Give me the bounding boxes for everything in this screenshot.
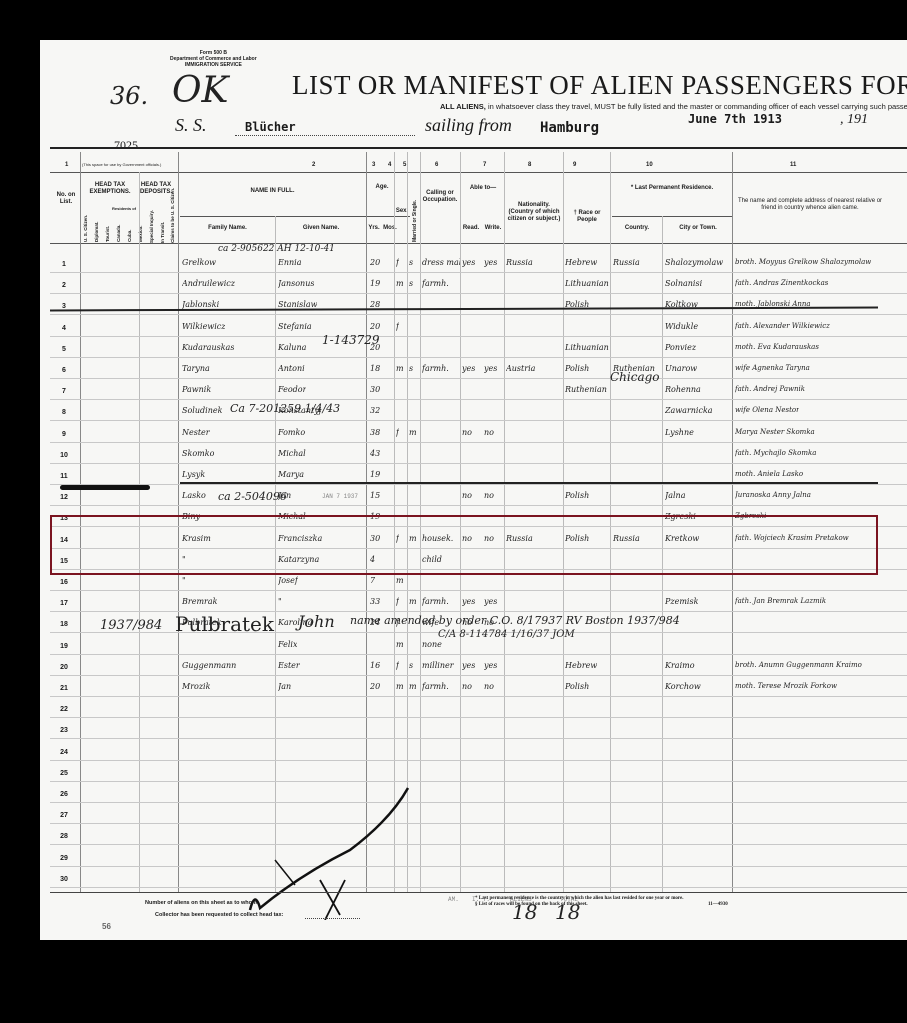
relative-cell: fath. Andrej Pawnik xyxy=(735,385,805,393)
relative-cell: wife Olena Nestor xyxy=(735,406,799,414)
gov-space-note: (This space for use by Government offici… xyxy=(82,162,161,167)
relative-cell: Juranoska Anny Jalna xyxy=(735,491,811,499)
relative-cell: fath. Alexander Wilkiewicz xyxy=(735,322,830,330)
header-yrs: Yrs. xyxy=(366,225,382,232)
row-divider xyxy=(50,781,907,782)
row-divider xyxy=(50,272,907,273)
sex-cell: m xyxy=(396,640,404,649)
row-number: 25 xyxy=(54,770,74,777)
city-cell: Solnanisi xyxy=(665,279,702,288)
form-code: 11—4930 xyxy=(708,902,728,908)
row-number: 23 xyxy=(54,727,74,734)
sex-cell: m xyxy=(396,279,404,288)
row-number: 19 xyxy=(54,643,74,650)
nationality-cell: Russia xyxy=(506,258,533,267)
city-cell: Pzemisk xyxy=(665,597,698,606)
annotation-amendment-note: name amended by order C.O. 8/17937 RV Bo… xyxy=(350,614,680,627)
header-cuba: Cuba. xyxy=(127,210,132,242)
race-cell: Lithuanian xyxy=(565,279,609,288)
write-cell: yes xyxy=(484,258,497,267)
occupation-cell: milliner xyxy=(422,661,454,670)
marital-cell: s xyxy=(409,364,413,373)
row-divider xyxy=(50,399,907,400)
departure-port: Hamburg xyxy=(540,120,599,136)
ship-name-line xyxy=(235,135,415,136)
city-cell: Korchow xyxy=(665,682,701,691)
header-relative: The name and complete address of nearest… xyxy=(735,198,885,212)
row-number: 21 xyxy=(54,685,74,692)
given-name-cell: " xyxy=(278,597,282,606)
family-name-cell: " xyxy=(182,576,186,585)
occupation-cell: farmh. xyxy=(422,364,449,373)
write-cell: no xyxy=(484,428,494,437)
ship-name: Blücher xyxy=(245,120,296,134)
head-tax-input-line xyxy=(305,918,360,919)
row-number: 26 xyxy=(54,791,74,798)
strike-line-row12 xyxy=(180,482,878,484)
read-cell: yes xyxy=(462,364,475,373)
header-write: Write. xyxy=(482,225,504,232)
col-number-7: 7 xyxy=(483,162,486,168)
row-number: 20 xyxy=(54,664,74,671)
race-cell: Hebrew xyxy=(565,661,597,670)
service-name: IMMIGRATION SERVICE xyxy=(170,62,257,68)
header-diplomat: Diplomat. xyxy=(94,210,99,242)
write-cell: no xyxy=(484,491,494,500)
given-name-cell: Ester xyxy=(278,661,300,670)
race-cell: Polish xyxy=(565,491,589,500)
marital-cell: m xyxy=(409,682,417,691)
row-divider xyxy=(50,866,907,867)
relative-cell: broth. Moyyus Grelkow Shalozymolaw xyxy=(735,258,871,266)
header-head-tax-exemptions: HEAD TAX EXEMPTIONS. xyxy=(82,182,138,196)
nationality-cell: Austria xyxy=(506,364,535,373)
row-number: 4 xyxy=(54,325,74,332)
row-number: 5 xyxy=(54,346,74,353)
family-name-cell: Skomko xyxy=(182,449,214,458)
col-number-3: 3 xyxy=(372,162,375,168)
row-divider xyxy=(50,738,907,739)
age-cell: 19 xyxy=(370,470,380,479)
city-cell: Zawarnicka xyxy=(665,406,713,415)
row-divider xyxy=(50,590,907,591)
row-number: 2 xyxy=(54,282,74,289)
ss-label: S. S. xyxy=(175,115,207,136)
race-cell: Ruthenian xyxy=(565,385,607,394)
col-number-2: 2 xyxy=(312,162,315,168)
col-number-5: 5 xyxy=(403,162,406,168)
occupation-cell: farmh. xyxy=(422,279,449,288)
given-name-cell: Michal xyxy=(278,449,306,458)
annotation-row5: 1-143729 xyxy=(322,333,380,347)
row-number: 6 xyxy=(54,367,74,374)
row-divider xyxy=(50,823,907,824)
age-cell: 7 xyxy=(370,576,375,585)
given-name-cell: Fomko xyxy=(278,428,305,437)
write-cell: yes xyxy=(484,597,497,606)
age-cell: 32 xyxy=(370,406,380,415)
highlighted-family-group xyxy=(50,515,878,575)
strike-line-row3 xyxy=(50,307,878,311)
sailing-from-label: sailing from xyxy=(425,115,512,136)
col-number-1: 1 xyxy=(65,162,68,168)
family-name-cell: Andruilewicz xyxy=(182,279,235,288)
city-cell: Lyshne xyxy=(665,428,694,437)
family-name-cell: Pawnik xyxy=(182,385,211,394)
col-number-8: 8 xyxy=(528,162,531,168)
header-tourist: Tourist. xyxy=(105,210,110,242)
row-number: 24 xyxy=(54,749,74,756)
family-name-cell: Lysyk xyxy=(182,470,205,479)
city-cell: Rohenna xyxy=(665,385,701,394)
row-divider xyxy=(50,463,907,464)
given-name-cell: Stefania xyxy=(278,322,312,331)
redaction-mark xyxy=(60,485,150,490)
header-rule xyxy=(50,147,907,149)
annotation-row13: ca 2-504096 xyxy=(218,490,287,503)
col-number-4: 4 xyxy=(388,162,391,168)
marital-cell: m xyxy=(409,428,417,437)
row-number: 9 xyxy=(54,431,74,438)
col-number-6: 6 xyxy=(435,162,438,168)
relative-cell: broth. Anumn Guggenmann Kraimo xyxy=(735,661,862,669)
occupation-cell: farmh. xyxy=(422,682,449,691)
row-divider xyxy=(50,293,907,294)
header-in-transit: In Transit. xyxy=(160,205,165,243)
row-divider xyxy=(50,696,907,697)
age-cell: 38 xyxy=(370,428,380,437)
row-divider xyxy=(50,484,907,485)
relative-cell: fath. Jan Bremrak Lazmik xyxy=(735,597,826,605)
city-cell: Kraimo xyxy=(665,661,695,670)
col-number-10: 10 xyxy=(646,162,653,168)
relative-cell: moth. Eva Kudarauskas xyxy=(735,343,819,351)
sex-cell: f xyxy=(396,428,399,437)
race-cell: Lithuanian xyxy=(565,343,609,352)
family-name-cell: Bremrak xyxy=(182,597,217,606)
row-divider xyxy=(50,336,907,337)
family-name-cell: Guggenmann xyxy=(182,661,236,670)
row-divider xyxy=(50,442,907,443)
row-divider xyxy=(50,675,907,676)
family-name-cell: Mrozik xyxy=(182,682,210,691)
country-cell: Russia xyxy=(613,258,640,267)
relative-cell: fath. Andras Zinentkockas xyxy=(735,279,828,287)
header-no-on-list: No. on List. xyxy=(52,192,80,206)
row-number: 27 xyxy=(54,812,74,819)
sex-cell: f xyxy=(396,597,399,606)
row-divider xyxy=(50,378,907,379)
page-number-bottom: 56 xyxy=(102,922,111,931)
annotation-row6: Ca 7-201259 1/4/43 xyxy=(230,402,340,415)
header-race: † Race or People xyxy=(564,210,610,224)
header-calling: Calling or Occupation. xyxy=(420,190,460,204)
header-divider-name xyxy=(180,216,410,217)
given-name-cell: Jan xyxy=(278,682,291,691)
header-city: City or Town. xyxy=(664,225,732,232)
city-cell: Jalna xyxy=(665,491,685,500)
given-name-cell: Josef xyxy=(278,576,298,585)
header-special-inquiry: Special Inquiry. xyxy=(149,205,154,243)
header-canada: Canada. xyxy=(116,210,121,242)
family-name-cell: Kudarauskas xyxy=(182,343,234,352)
city-cell: Widukle xyxy=(665,322,698,331)
race-cell: Polish xyxy=(565,682,589,691)
age-cell: 20 xyxy=(370,322,380,331)
city-cell: Shalozymolaw xyxy=(665,258,723,267)
sheet-id: 7025 xyxy=(114,138,138,153)
row-number: 30 xyxy=(54,876,74,883)
row-divider xyxy=(50,314,907,315)
read-cell: yes xyxy=(462,258,475,267)
header-claims-citizen: Claims to be U. S. Citizen. xyxy=(170,205,175,243)
age-cell: 20 xyxy=(370,258,380,267)
manifest-sheet: Form 500 B Department of Commerce and La… xyxy=(40,40,907,940)
form-header: Form 500 B Department of Commerce and La… xyxy=(170,50,257,68)
row-number: 8 xyxy=(54,409,74,416)
given-name-cell: Jansonus xyxy=(278,279,314,288)
header-name-in-full: NAME IN FULL. xyxy=(180,188,365,195)
given-name-cell: Marya xyxy=(278,470,304,479)
row-number: 22 xyxy=(54,706,74,713)
row-divider xyxy=(50,420,907,421)
sex-cell: m xyxy=(396,364,404,373)
header-mos: Mos. xyxy=(382,225,398,232)
given-name-cell: Ennia xyxy=(278,258,301,267)
family-name-cell: Taryna xyxy=(182,364,210,373)
age-cell: 15 xyxy=(370,491,380,500)
given-name-cell: Kaluna xyxy=(278,343,306,352)
family-name-cell: Wilkiewicz xyxy=(182,322,225,331)
given-name-cell: Antoni xyxy=(278,364,305,373)
age-cell: 18 xyxy=(370,364,380,373)
annotation-stamp: JAN 7 1937 xyxy=(322,493,358,500)
header-read: Read. xyxy=(460,225,482,232)
row-divider xyxy=(50,505,907,506)
sex-cell: f xyxy=(396,322,399,331)
age-cell: 33 xyxy=(370,597,380,606)
marital-cell: m xyxy=(409,597,417,606)
read-cell: yes xyxy=(462,597,475,606)
family-name-cell: Grelkow xyxy=(182,258,216,267)
row-number: 28 xyxy=(54,833,74,840)
marital-cell: s xyxy=(409,279,413,288)
col-number-9: 9 xyxy=(573,162,576,168)
header-last-residence: * Last Permanent Residence. xyxy=(612,185,732,192)
subtitle-bold: ALL ALIENS, xyxy=(440,102,486,111)
header-nationality: Nationality. (Country of which citizen o… xyxy=(505,202,563,223)
race-cell: Polish xyxy=(565,364,589,373)
header-family-name: Family Name. xyxy=(180,225,275,232)
header-able-to: Able to— xyxy=(462,185,504,192)
col-number-11: 11 xyxy=(790,162,796,168)
age-cell: 30 xyxy=(370,385,380,394)
read-cell: no xyxy=(462,428,472,437)
row-divider xyxy=(50,802,907,803)
age-cell: 19 xyxy=(370,279,380,288)
relative-cell: moth. Terese Mrozik Forkow xyxy=(735,682,837,690)
sex-cell: f xyxy=(396,661,399,670)
row-number: 12 xyxy=(54,494,74,501)
row-number: 17 xyxy=(54,600,74,607)
head-tax-label-2: Collector has been requested to collect … xyxy=(155,912,283,918)
annotation-chicago: Chicago xyxy=(610,370,660,384)
sailing-date: June 7th 1913 xyxy=(688,112,782,126)
age-cell: 20 xyxy=(370,682,380,691)
city-cell: Ponviez xyxy=(665,343,696,352)
sheet-number: 36. xyxy=(110,82,148,110)
marital-cell: s xyxy=(409,661,413,670)
write-cell: yes xyxy=(484,364,497,373)
annotation-amended-given: John xyxy=(298,612,335,631)
ok-check-mark: OK xyxy=(172,70,228,111)
marital-cell: s xyxy=(409,258,413,267)
family-name-cell: Nester xyxy=(182,428,210,437)
relative-cell: moth. Anielа Lasko xyxy=(735,470,803,478)
page-subtitle: ALL ALIENS, in whatsoever class they tra… xyxy=(440,102,907,111)
read-cell: yes xyxy=(462,661,475,670)
row-number: 18 xyxy=(54,621,74,628)
row-number: 10 xyxy=(54,452,74,459)
footer-rule xyxy=(50,892,907,893)
header-head-tax-deposits: HEAD TAX DEPOSITS. xyxy=(140,182,172,196)
row-divider xyxy=(50,844,907,845)
sex-cell: m xyxy=(396,682,404,691)
annotation-row1: ca 2-905622 AH 12-10-41 xyxy=(218,244,335,254)
header-divider-residence xyxy=(612,216,732,217)
relative-cell: Marya Nester Skomka xyxy=(735,428,815,436)
header-us-citizen: U. S. Citizen. xyxy=(83,210,88,242)
given-name-cell: Felix xyxy=(278,640,297,649)
header-age: Age. xyxy=(367,184,397,191)
row-number: 7 xyxy=(54,388,74,395)
race-cell: Hebrew xyxy=(565,258,597,267)
relative-cell: wife Agnenka Taryna xyxy=(735,364,810,372)
read-cell: no xyxy=(462,491,472,500)
row-number: 29 xyxy=(54,855,74,862)
row-number: 16 xyxy=(54,579,74,586)
occupation-cell: farmh. xyxy=(422,597,449,606)
row-divider xyxy=(50,760,907,761)
footnote-races: § List of races will be found on the bac… xyxy=(475,902,588,908)
sex-cell: m xyxy=(396,576,404,585)
write-cell: yes xyxy=(484,661,497,670)
annotation-ca-note: C/A 8-114784 1/16/37 JOM xyxy=(438,629,575,640)
page-title: LIST OR MANIFEST OF ALIEN PASSENGERS FOR… xyxy=(292,70,907,101)
write-cell: no xyxy=(484,682,494,691)
family-name-cell: Lasko xyxy=(182,491,206,500)
city-cell: Unarow xyxy=(665,364,697,373)
family-name-cell: Soludinek xyxy=(182,406,222,415)
annotation-row19-left: 1937/984 xyxy=(100,618,162,633)
header-married-single: Married or Single. xyxy=(412,200,418,242)
head-tax-label-1: Number of aliens on this sheet as to who… xyxy=(145,900,257,906)
row-divider xyxy=(50,717,907,718)
signature-check-mark xyxy=(240,780,410,920)
row-divider xyxy=(50,357,907,358)
age-cell: 16 xyxy=(370,661,380,670)
relative-cell: fath. Mychajlo Skomka xyxy=(735,449,816,457)
annotation-amended-name: Pulbratek xyxy=(175,612,274,636)
subtitle-text: in whatsoever class they travel, MUST be… xyxy=(488,102,907,111)
sex-cell: f xyxy=(396,258,399,267)
age-cell: 43 xyxy=(370,449,380,458)
row-number: 1 xyxy=(54,261,74,268)
header-country: Country. xyxy=(612,225,662,232)
occupation-cell: dress maker xyxy=(422,258,460,267)
totals-label-am: AM. xyxy=(448,896,459,903)
given-name-cell: Feodor xyxy=(278,385,306,394)
row-number: 11 xyxy=(54,473,74,480)
header-given-name: Given Name. xyxy=(275,225,367,232)
occupation-cell: none xyxy=(422,640,442,649)
row-divider xyxy=(50,654,907,655)
row-divider xyxy=(50,887,907,888)
year-suffix: , 191 xyxy=(840,112,868,128)
read-cell: no xyxy=(462,682,472,691)
